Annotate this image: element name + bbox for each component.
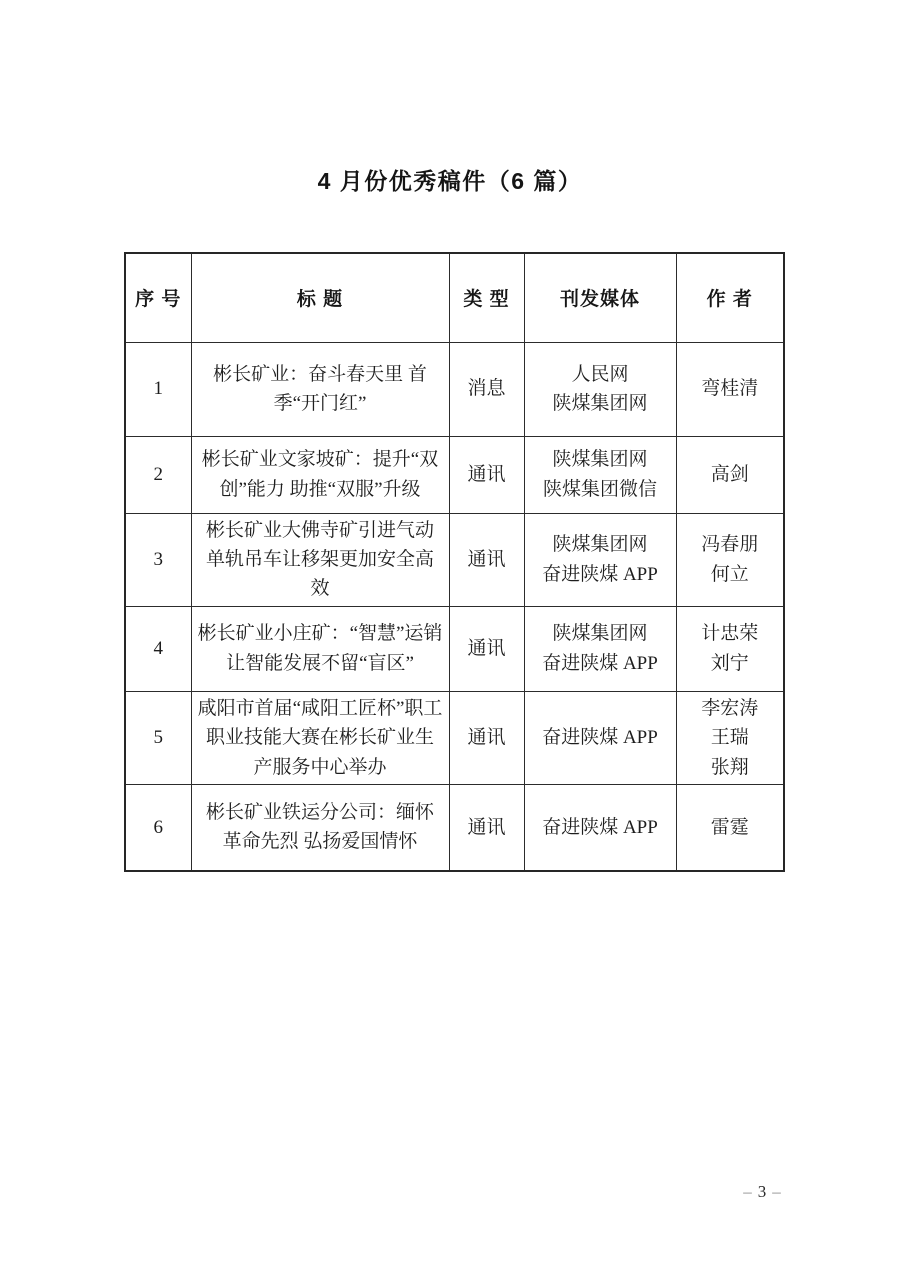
media-line: 陕煤集团网 bbox=[531, 619, 670, 648]
cell-author: 计忠荣刘宁 bbox=[676, 606, 784, 691]
table-body: 1彬长矿业：奋斗春天里 首季“开门红”消息人民网陕煤集团网弯桂清2彬长矿业文家坡… bbox=[125, 342, 784, 871]
cell-serial-number: 2 bbox=[125, 436, 191, 513]
media-line: 人民网 bbox=[531, 360, 670, 389]
author-line: 李宏涛 bbox=[683, 694, 778, 723]
cell-publishing-media: 奋进陕煤 APP bbox=[524, 691, 676, 784]
media-line: 奋进陕煤 APP bbox=[531, 560, 670, 589]
footer-dash-left: – bbox=[743, 1182, 752, 1201]
table-header: 序 号标 题类 型刊发媒体作 者 bbox=[125, 253, 784, 342]
cell-publishing-media: 人民网陕煤集团网 bbox=[524, 342, 676, 436]
cell-author: 冯春朋何立 bbox=[676, 513, 784, 606]
author-line: 计忠荣 bbox=[683, 619, 778, 648]
author-line: 雷霆 bbox=[683, 813, 778, 842]
cell-article-title: 彬长矿业文家坡矿：提升“双创”能力 助推“双服”升级 bbox=[191, 436, 449, 513]
author-line: 弯桂清 bbox=[683, 374, 778, 403]
cell-article-type: 通讯 bbox=[449, 691, 524, 784]
cell-author: 雷霆 bbox=[676, 785, 784, 871]
media-line: 陕煤集团网 bbox=[531, 389, 670, 418]
cell-publishing-media: 陕煤集团网奋进陕煤 APP bbox=[524, 606, 676, 691]
media-line: 陕煤集团网 bbox=[531, 445, 670, 474]
media-line: 奋进陕煤 APP bbox=[531, 649, 670, 678]
cell-article-title: 咸阳市首届“咸阳工匠杯”职工职业技能大赛在彬长矿业生产服务中心举办 bbox=[191, 691, 449, 784]
media-line: 奋进陕煤 APP bbox=[531, 723, 670, 752]
cell-serial-number: 3 bbox=[125, 513, 191, 606]
author-line: 张翔 bbox=[683, 753, 778, 782]
column-header-no: 序 号 bbox=[125, 253, 191, 342]
cell-article-type: 通讯 bbox=[449, 436, 524, 513]
page-number: –3– bbox=[722, 1182, 802, 1202]
author-line: 王瑞 bbox=[683, 723, 778, 752]
cell-article-title: 彬长矿业铁运分公司：缅怀革命先烈 弘扬爱国情怀 bbox=[191, 785, 449, 871]
cell-article-type: 通讯 bbox=[449, 513, 524, 606]
author-line: 何立 bbox=[683, 560, 778, 589]
table-row: 5咸阳市首届“咸阳工匠杯”职工职业技能大赛在彬长矿业生产服务中心举办通讯奋进陕煤… bbox=[125, 691, 784, 784]
cell-article-type: 通讯 bbox=[449, 606, 524, 691]
cell-publishing-media: 奋进陕煤 APP bbox=[524, 785, 676, 871]
cell-publishing-media: 陕煤集团网奋进陕煤 APP bbox=[524, 513, 676, 606]
media-line: 陕煤集团网 bbox=[531, 530, 670, 559]
cell-serial-number: 6 bbox=[125, 785, 191, 871]
cell-article-title: 彬长矿业小庄矿：“智慧”运销让智能发展不留“盲区” bbox=[191, 606, 449, 691]
column-header-title: 标 题 bbox=[191, 253, 449, 342]
table-row: 3彬长矿业大佛寺矿引进气动单轨吊车让移架更加安全高效通讯陕煤集团网奋进陕煤 AP… bbox=[125, 513, 784, 606]
column-header-author: 作 者 bbox=[676, 253, 784, 342]
table-row: 2彬长矿业文家坡矿：提升“双创”能力 助推“双服”升级通讯陕煤集团网陕煤集团微信… bbox=[125, 436, 784, 513]
cell-publishing-media: 陕煤集团网陕煤集团微信 bbox=[524, 436, 676, 513]
document-page: 4 月份优秀稿件（6 篇） 序 号标 题类 型刊发媒体作 者 1彬长矿业：奋斗春… bbox=[0, 0, 900, 1273]
author-line: 刘宁 bbox=[683, 649, 778, 678]
footer-dash-right: – bbox=[772, 1182, 781, 1201]
table-row: 4彬长矿业小庄矿：“智慧”运销让智能发展不留“盲区”通讯陕煤集团网奋进陕煤 AP… bbox=[125, 606, 784, 691]
table-row: 1彬长矿业：奋斗春天里 首季“开门红”消息人民网陕煤集团网弯桂清 bbox=[125, 342, 784, 436]
cell-serial-number: 1 bbox=[125, 342, 191, 436]
media-line: 陕煤集团微信 bbox=[531, 475, 670, 504]
page-title: 4 月份优秀稿件（6 篇） bbox=[0, 163, 900, 196]
cell-article-type: 消息 bbox=[449, 342, 524, 436]
column-header-type: 类 型 bbox=[449, 253, 524, 342]
cell-author: 高剑 bbox=[676, 436, 784, 513]
cell-article-type: 通讯 bbox=[449, 785, 524, 871]
column-header-media: 刊发媒体 bbox=[524, 253, 676, 342]
table-header-row: 序 号标 题类 型刊发媒体作 者 bbox=[125, 253, 784, 342]
cell-serial-number: 5 bbox=[125, 691, 191, 784]
author-line: 高剑 bbox=[683, 460, 778, 489]
cell-article-title: 彬长矿业：奋斗春天里 首季“开门红” bbox=[191, 342, 449, 436]
cell-author: 李宏涛王瑞张翔 bbox=[676, 691, 784, 784]
manuscripts-table: 序 号标 题类 型刊发媒体作 者 1彬长矿业：奋斗春天里 首季“开门红”消息人民… bbox=[124, 252, 785, 872]
cell-serial-number: 4 bbox=[125, 606, 191, 691]
cell-article-title: 彬长矿业大佛寺矿引进气动单轨吊车让移架更加安全高效 bbox=[191, 513, 449, 606]
media-line: 奋进陕煤 APP bbox=[531, 813, 670, 842]
author-line: 冯春朋 bbox=[683, 530, 778, 559]
cell-author: 弯桂清 bbox=[676, 342, 784, 436]
footer-page-number: 3 bbox=[758, 1182, 767, 1201]
table-row: 6彬长矿业铁运分公司：缅怀革命先烈 弘扬爱国情怀通讯奋进陕煤 APP雷霆 bbox=[125, 785, 784, 871]
